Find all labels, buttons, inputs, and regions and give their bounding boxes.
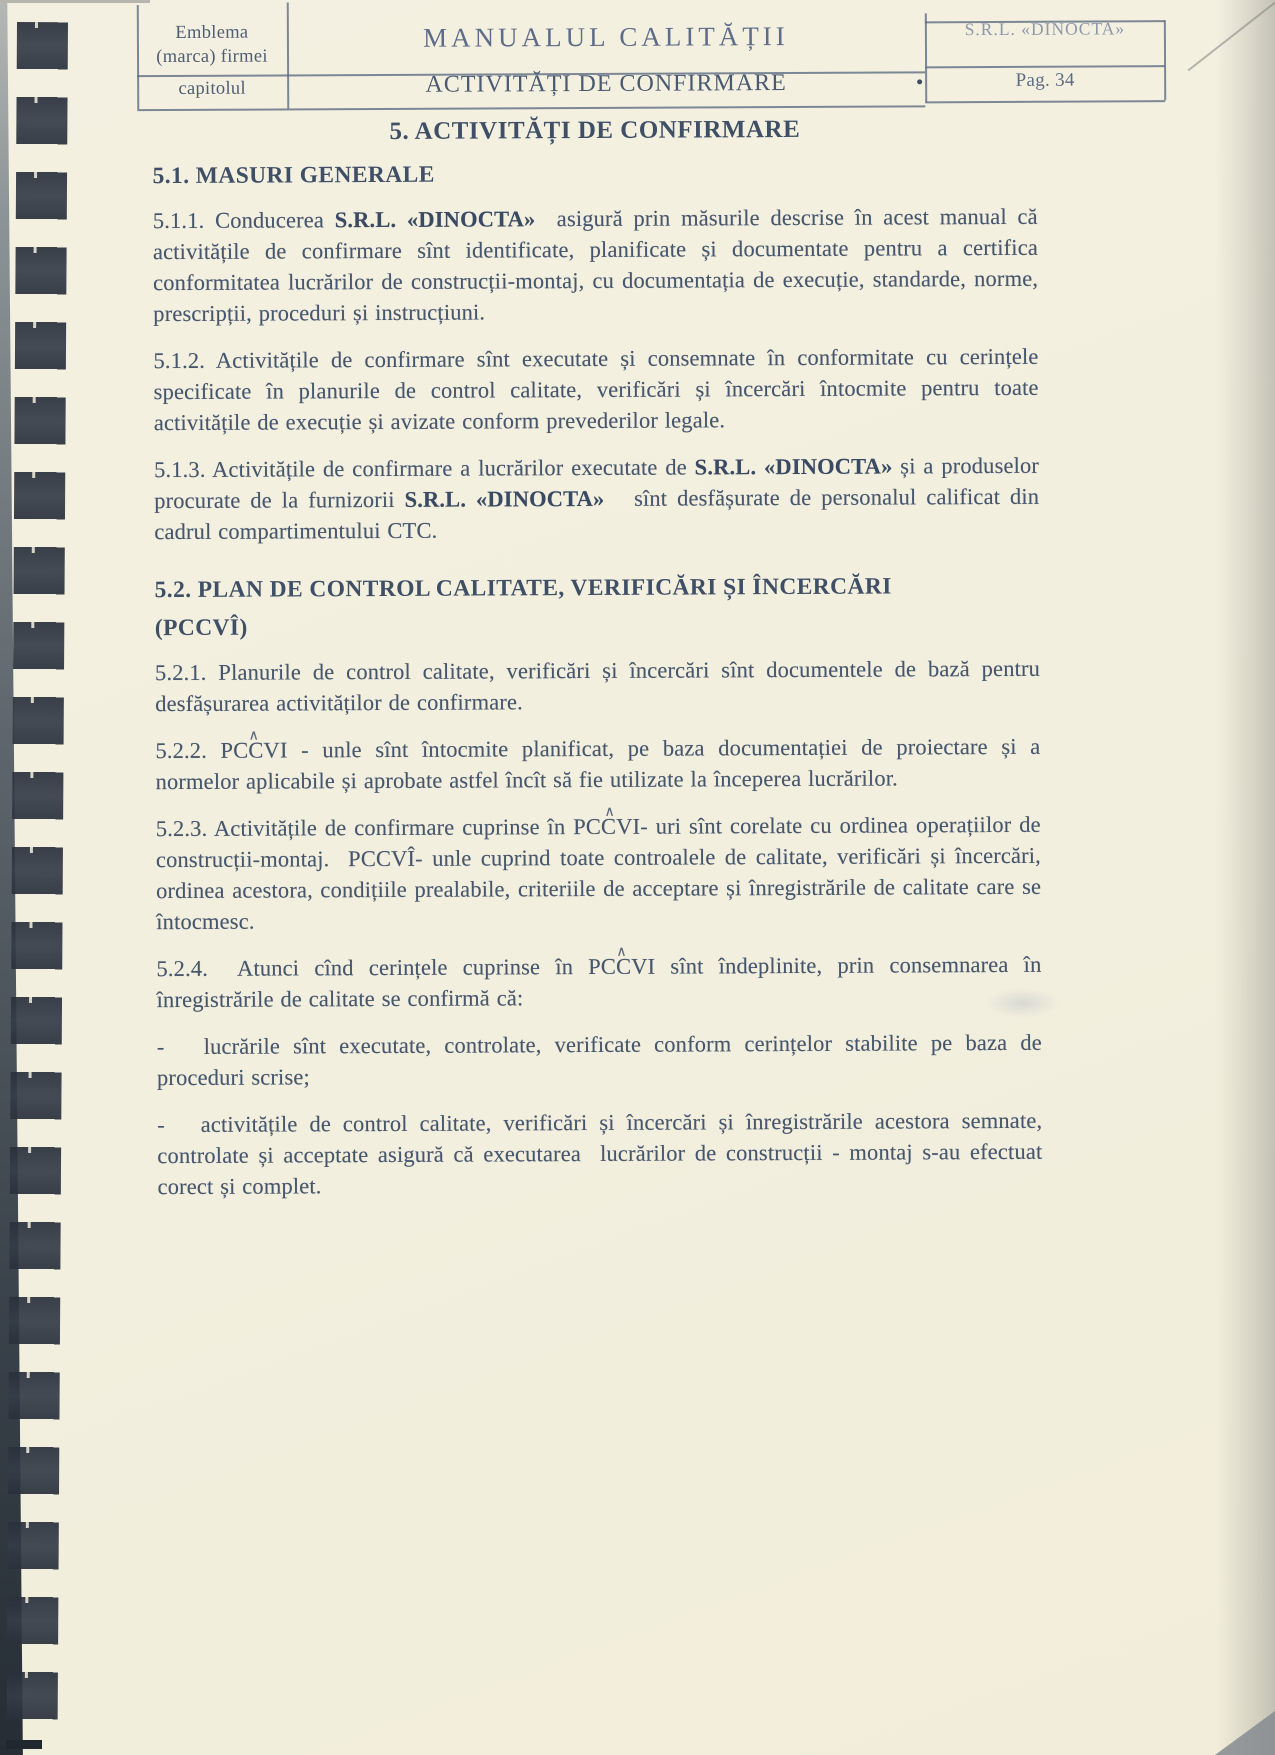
text-run: S.R.L. «DINOCTA»: [695, 453, 893, 479]
text-run: 5.1.2. Activitățile de confirmare sînt e…: [153, 344, 1038, 435]
text-run: 5.2.2.: [155, 738, 220, 763]
section-heading: 5.2. PLAN DE CONTROL CALITATE, VERIFICĂR…: [155, 567, 1040, 647]
text-run: 5.2.4. Atunci cînd cerințele cuprinse în: [156, 954, 588, 981]
company-name: S.R.L. «DINOCTA»: [925, 18, 1165, 40]
paragraph: 5.1.1. Conducerea S.R.L. «DINOCTA» asigu…: [153, 201, 1039, 329]
scanned-page: Emblema (marca) firmei capitolul MANUALU…: [0, 0, 1275, 1755]
paragraph: 5.2.1. Planurile de control calitate, ve…: [155, 653, 1040, 719]
text-run: 5.2.1. Planurile de control calitate, ve…: [155, 656, 1040, 716]
text-run: - unle sînt întocmite planificat, pe baz…: [155, 734, 1040, 794]
paragraph: 5.2.4. Atunci cînd cerințele cuprinse în…: [156, 949, 1041, 1015]
paragraph: 5.1.3. Activitățile de confirmare a lucr…: [154, 450, 1039, 547]
table-border-line: [925, 65, 1165, 68]
text-run: PCCVI∧: [220, 737, 287, 762]
page-content: Emblema (marca) firmei capitolul MANUALU…: [0, 0, 1275, 1755]
text-run: 5.1.3. Activitățile de confirmare a lucr…: [154, 454, 695, 482]
handwritten-caret: ∧: [616, 937, 626, 968]
document-body: 5. ACTIVITĂȚI DE CONFIRMARE 5.1. MASURI …: [152, 115, 1042, 1218]
text-run: - lucrările sînt executate, controlate, …: [157, 1030, 1042, 1090]
paragraph: - activitățile de control calitate, veri…: [157, 1105, 1042, 1202]
paragraph: 5.2.3. Activitățile de confirmare cuprin…: [156, 809, 1042, 937]
chapter-label: capitolul: [137, 78, 287, 100]
page-number: Pag. 34: [925, 69, 1165, 92]
emblem-label: Emblema (marca) firmei: [137, 20, 287, 69]
text-run: 5.2.3. Activitățile de confirmare cuprin…: [156, 814, 574, 841]
section-heading: 5.1. MASURI GENERALE: [153, 153, 1038, 195]
text-run: 5.1.1. Conducerea: [153, 207, 335, 233]
manual-title: MANUALUL CALITĂȚII: [287, 20, 925, 54]
text-run: S.R.L. «DINOCTA»: [404, 486, 604, 512]
sections-container: 5.1. MASURI GENERALE5.1.1. Conducerea S.…: [153, 153, 1043, 1202]
text-run: PCCVI-∧: [573, 814, 648, 839]
doc-section: 5.2. PLAN DE CONTROL CALITATE, VERIFICĂR…: [155, 567, 1043, 1202]
paragraph: 5.1.2. Activitățile de confirmare sînt e…: [153, 341, 1038, 438]
document-header-table: Emblema (marca) firmei capitolul MANUALU…: [0, 0, 1272, 4]
handwritten-caret: ∧: [604, 797, 614, 828]
chapter-title: ACTIVITĂȚI DE CONFIRMARE: [287, 69, 925, 99]
paragraph: 5.2.2. PCCVI∧ - unle sînt întocmite plan…: [155, 731, 1040, 797]
text-run: - activitățile de control calitate, veri…: [157, 1108, 1042, 1199]
doc-section: 5.1. MASURI GENERALE5.1.1. Conducerea S.…: [153, 153, 1040, 547]
text-run: S.R.L. «DINOCTA»: [335, 206, 536, 232]
handwritten-caret: ∧: [249, 721, 259, 752]
table-border-line: [925, 100, 1165, 103]
text-run: PCCVI∧: [588, 954, 655, 979]
page-title: 5. ACTIVITĂȚI DE CONFIRMARE: [152, 115, 1037, 147]
table-border-line: [137, 105, 925, 110]
paragraph: - lucrările sînt executate, controlate, …: [157, 1027, 1042, 1093]
